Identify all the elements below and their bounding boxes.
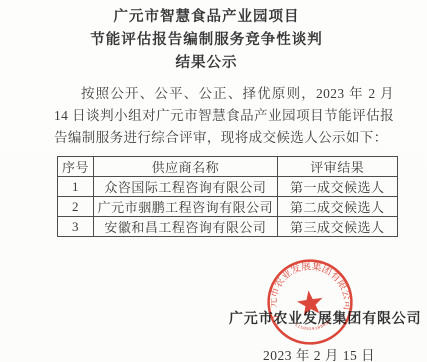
cell-result: 第二成交候选人 <box>277 197 397 217</box>
cell-seq: 3 <box>58 217 94 237</box>
seal-ring <box>263 255 357 349</box>
cell-name: 广元市骃鹏工程咨询有限公司 <box>94 197 278 217</box>
company-seal-stamp-icon: 广元市农业发展集团有限公司 5150929188888 <box>259 251 361 353</box>
title-line-3: 结果公示 <box>0 52 413 75</box>
header-seq: 序号 <box>58 157 94 177</box>
issuer-company-name: 广元市农业发展集团有限公司 <box>229 308 421 328</box>
cell-name: 众咨国际工程咨询有限公司 <box>94 177 278 197</box>
table-header-row: 序号 供应商名称 评审结果 <box>58 157 398 177</box>
table-row: 2 广元市骃鹏工程咨询有限公司 第二成交候选人 <box>58 197 398 217</box>
header-result: 评审结果 <box>277 157 397 177</box>
title-line-2: 节能评估报告编制服务竞争性谈判 <box>0 29 413 52</box>
title-line-1: 广元市智慧食品产业园项目 <box>0 6 413 29</box>
cell-seq: 1 <box>58 177 94 197</box>
table-row: 3 安徽和昌工程咨询有限公司 第三成交候选人 <box>58 217 398 237</box>
cell-name: 安徽和昌工程咨询有限公司 <box>94 217 278 237</box>
cell-result: 第三成交候选人 <box>277 217 397 237</box>
cell-result: 第一成交候选人 <box>277 177 397 197</box>
issue-date: 2023 年 2 月 15 日 <box>263 344 375 362</box>
cell-seq: 2 <box>58 197 94 217</box>
table-row: 1 众咨国际工程咨询有限公司 第一成交候选人 <box>58 177 398 197</box>
announcement-paragraph: 按照公开、公平、公正、择优原则，2023 年 2 月 14 日谈判小组对广元市智… <box>54 83 394 149</box>
announcement-page: 广元市智慧食品产业园项目 节能评估报告编制服务竞争性谈判 结果公示 按照公开、公… <box>0 0 427 362</box>
header-name: 供应商名称 <box>94 157 278 177</box>
document-title: 广元市智慧食品产业园项目 节能评估报告编制服务竞争性谈判 结果公示 <box>0 6 413 75</box>
result-table: 序号 供应商名称 评审结果 1 众咨国际工程咨询有限公司 第一成交候选人 2 广… <box>57 156 398 237</box>
